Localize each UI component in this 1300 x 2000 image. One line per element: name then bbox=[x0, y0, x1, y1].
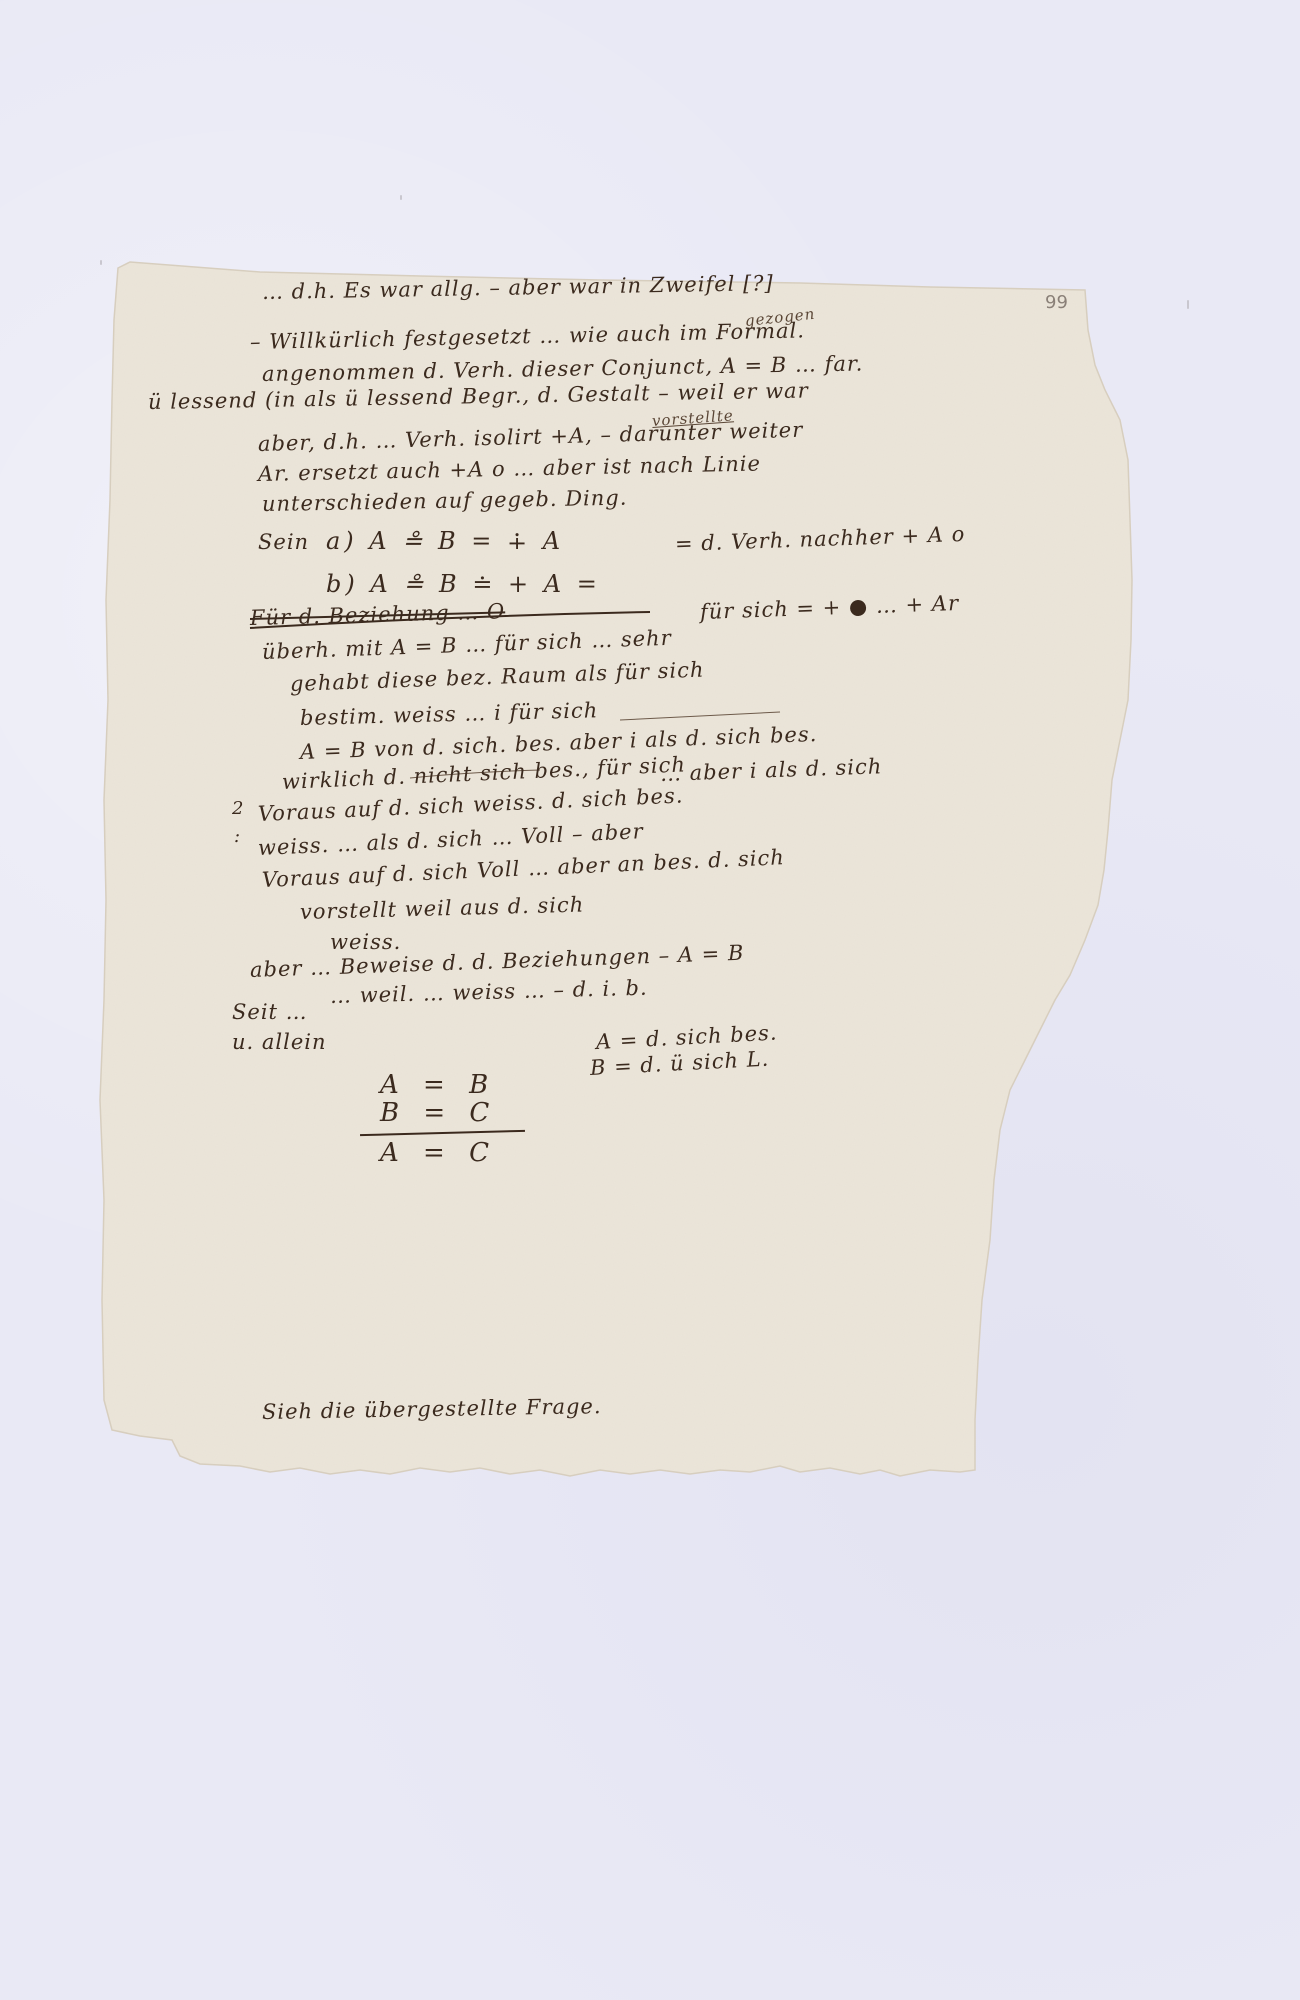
paper-shape bbox=[0, 0, 1300, 2000]
manuscript-line: Seit … bbox=[232, 1000, 308, 1024]
formula-a: a) A ≗ B = ∔ A bbox=[326, 527, 564, 555]
syllogism-conclusion: A = C bbox=[380, 1138, 530, 1166]
background-speck bbox=[100, 260, 102, 265]
background-speck bbox=[1187, 300, 1189, 309]
margin-mark: 2 bbox=[232, 798, 243, 819]
syllogism-premise-1: A = B bbox=[380, 1070, 530, 1098]
formula-b: b) A ≗ B ≐ + A = bbox=[326, 570, 601, 598]
formula-label: Sein bbox=[258, 530, 309, 554]
manuscript-line: weiss. bbox=[330, 930, 401, 954]
margin-mark: : bbox=[234, 826, 240, 847]
manuscript-line: u. allein bbox=[232, 1030, 327, 1054]
syllogism-rule bbox=[360, 1130, 525, 1136]
syllogism-premise-2: B = C bbox=[380, 1098, 530, 1126]
background-speck bbox=[400, 195, 402, 200]
manuscript-sheet: 99 … d.h. Es war allg. – aber war in Zwe… bbox=[0, 0, 1300, 2000]
folio-number: 99 bbox=[1045, 292, 1068, 313]
syllogism: A = B B = C A = C bbox=[380, 1070, 530, 1166]
